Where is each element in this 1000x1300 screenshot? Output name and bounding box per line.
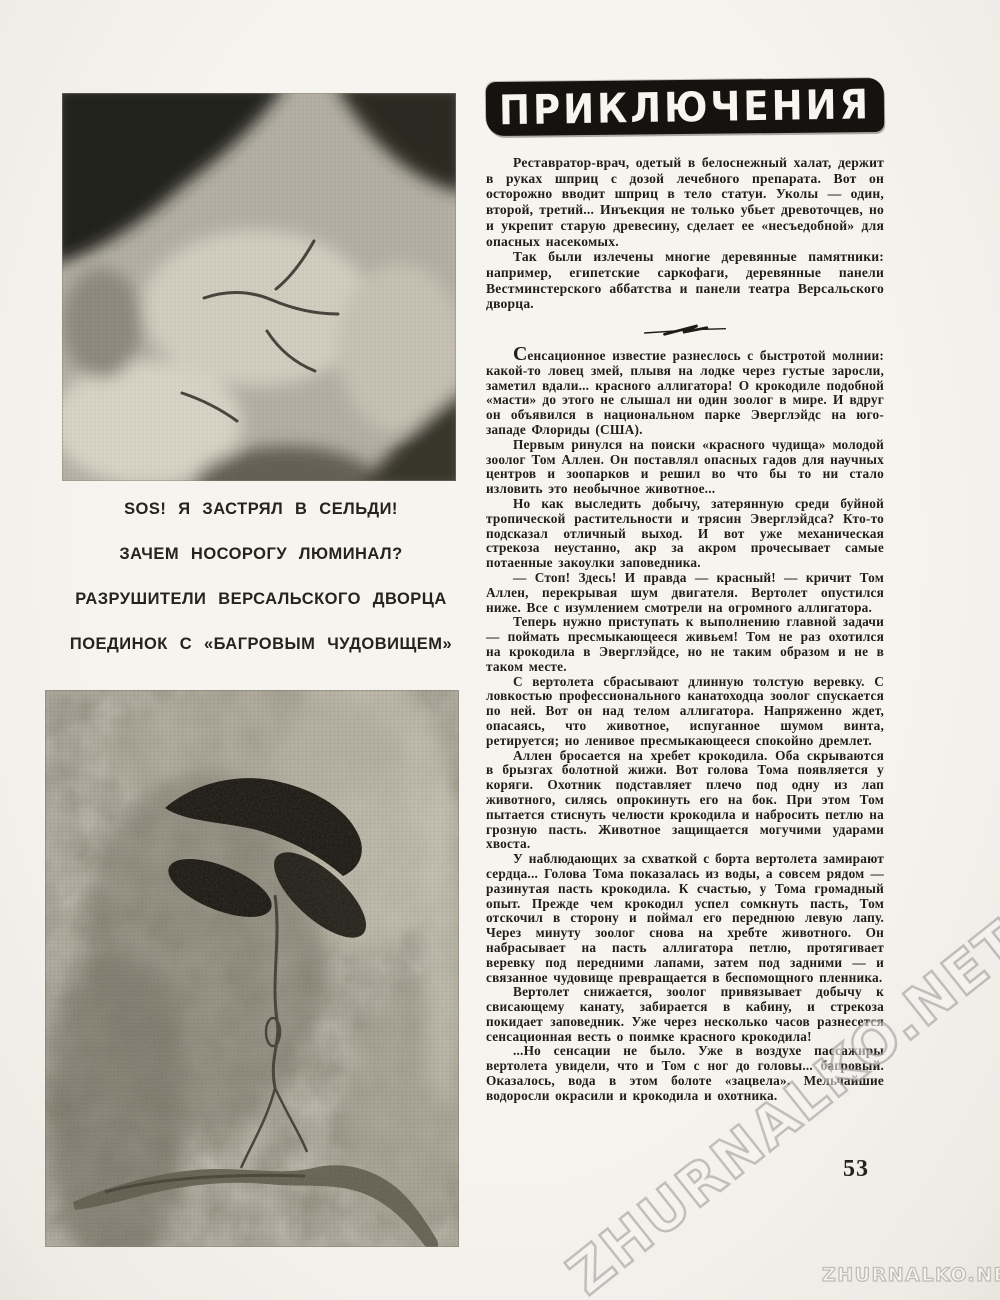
watermark-corner: ZHURNALKO.NET xyxy=(822,1264,1000,1286)
story-text: Сенсационное известие разнеслось с быстр… xyxy=(486,347,884,1104)
intro-paragraph: Реставратор-врач, одетый в белоснежный х… xyxy=(486,155,884,249)
headline-line: ЗАЧЕМ НОСОРОГУ ЛЮМИНАЛ? xyxy=(68,545,454,563)
lightning-dash-icon xyxy=(642,321,728,341)
story-paragraph: Теперь нужно приступать к выполнению гла… xyxy=(486,615,884,674)
story-paragraph: Сенсационное известие разнеслось с быстр… xyxy=(486,347,884,438)
story-paragraph: У наблюдающих за схваткой с борта вертол… xyxy=(486,852,884,985)
intro-text: Реставратор-врач, одетый в белоснежный х… xyxy=(486,155,884,312)
section-divider xyxy=(486,320,884,342)
page-number: 53 xyxy=(843,1156,869,1183)
headline-line: РАЗРУШИТЕЛИ ВЕРСАЛЬСКОГО ДВОРЦА xyxy=(68,590,454,608)
restoration-photo xyxy=(62,93,456,481)
crocodile-capture-photo xyxy=(45,690,459,1247)
story-paragraph: ...Но сенсации не было. Уже в воздухе па… xyxy=(486,1044,884,1103)
drop-cap: С xyxy=(513,343,527,365)
story-paragraph: Вертолет снижается, зоолог привязывает д… xyxy=(486,985,884,1044)
article-column: ПРИКЛЮЧЕНИЯ Реставратор-врач, одетый в б… xyxy=(486,80,884,1104)
story-paragraph: Аллен бросается на хребет крокодила. Оба… xyxy=(486,749,884,853)
story-paragraph: — Стоп! Здесь! И правда — красный! — кри… xyxy=(486,571,884,615)
story-paragraph: Первым ринулся на поиски «красного чудищ… xyxy=(486,438,884,497)
headline-line: SOS! Я ЗАСТРЯЛ В СЕЛЬДИ! xyxy=(68,500,454,518)
intro-paragraph: Так были излечены многие деревянные памя… xyxy=(486,249,884,312)
magazine-page: SOS! Я ЗАСТРЯЛ В СЕЛЬДИ!ЗАЧЕМ НОСОРОГУ Л… xyxy=(0,0,1000,1300)
section-masthead: ПРИКЛЮЧЕНИЯ xyxy=(486,78,885,136)
story-paragraph: С вертолета сбрасывают длинную толстую в… xyxy=(486,675,884,749)
crocodile-capture-photo-art xyxy=(45,690,459,1247)
story-paragraph: Но как выследить добычу, затерянную сред… xyxy=(486,497,884,571)
restoration-photo-art xyxy=(62,93,456,481)
headline-line: ПОЕДИНОК С «БАГРОВЫМ ЧУДОВИЩЕМ» xyxy=(68,635,454,653)
section-title: ПРИКЛЮЧЕНИЯ xyxy=(499,80,872,133)
headline-teasers: SOS! Я ЗАСТРЯЛ В СЕЛЬДИ!ЗАЧЕМ НОСОРОГУ Л… xyxy=(62,500,460,680)
